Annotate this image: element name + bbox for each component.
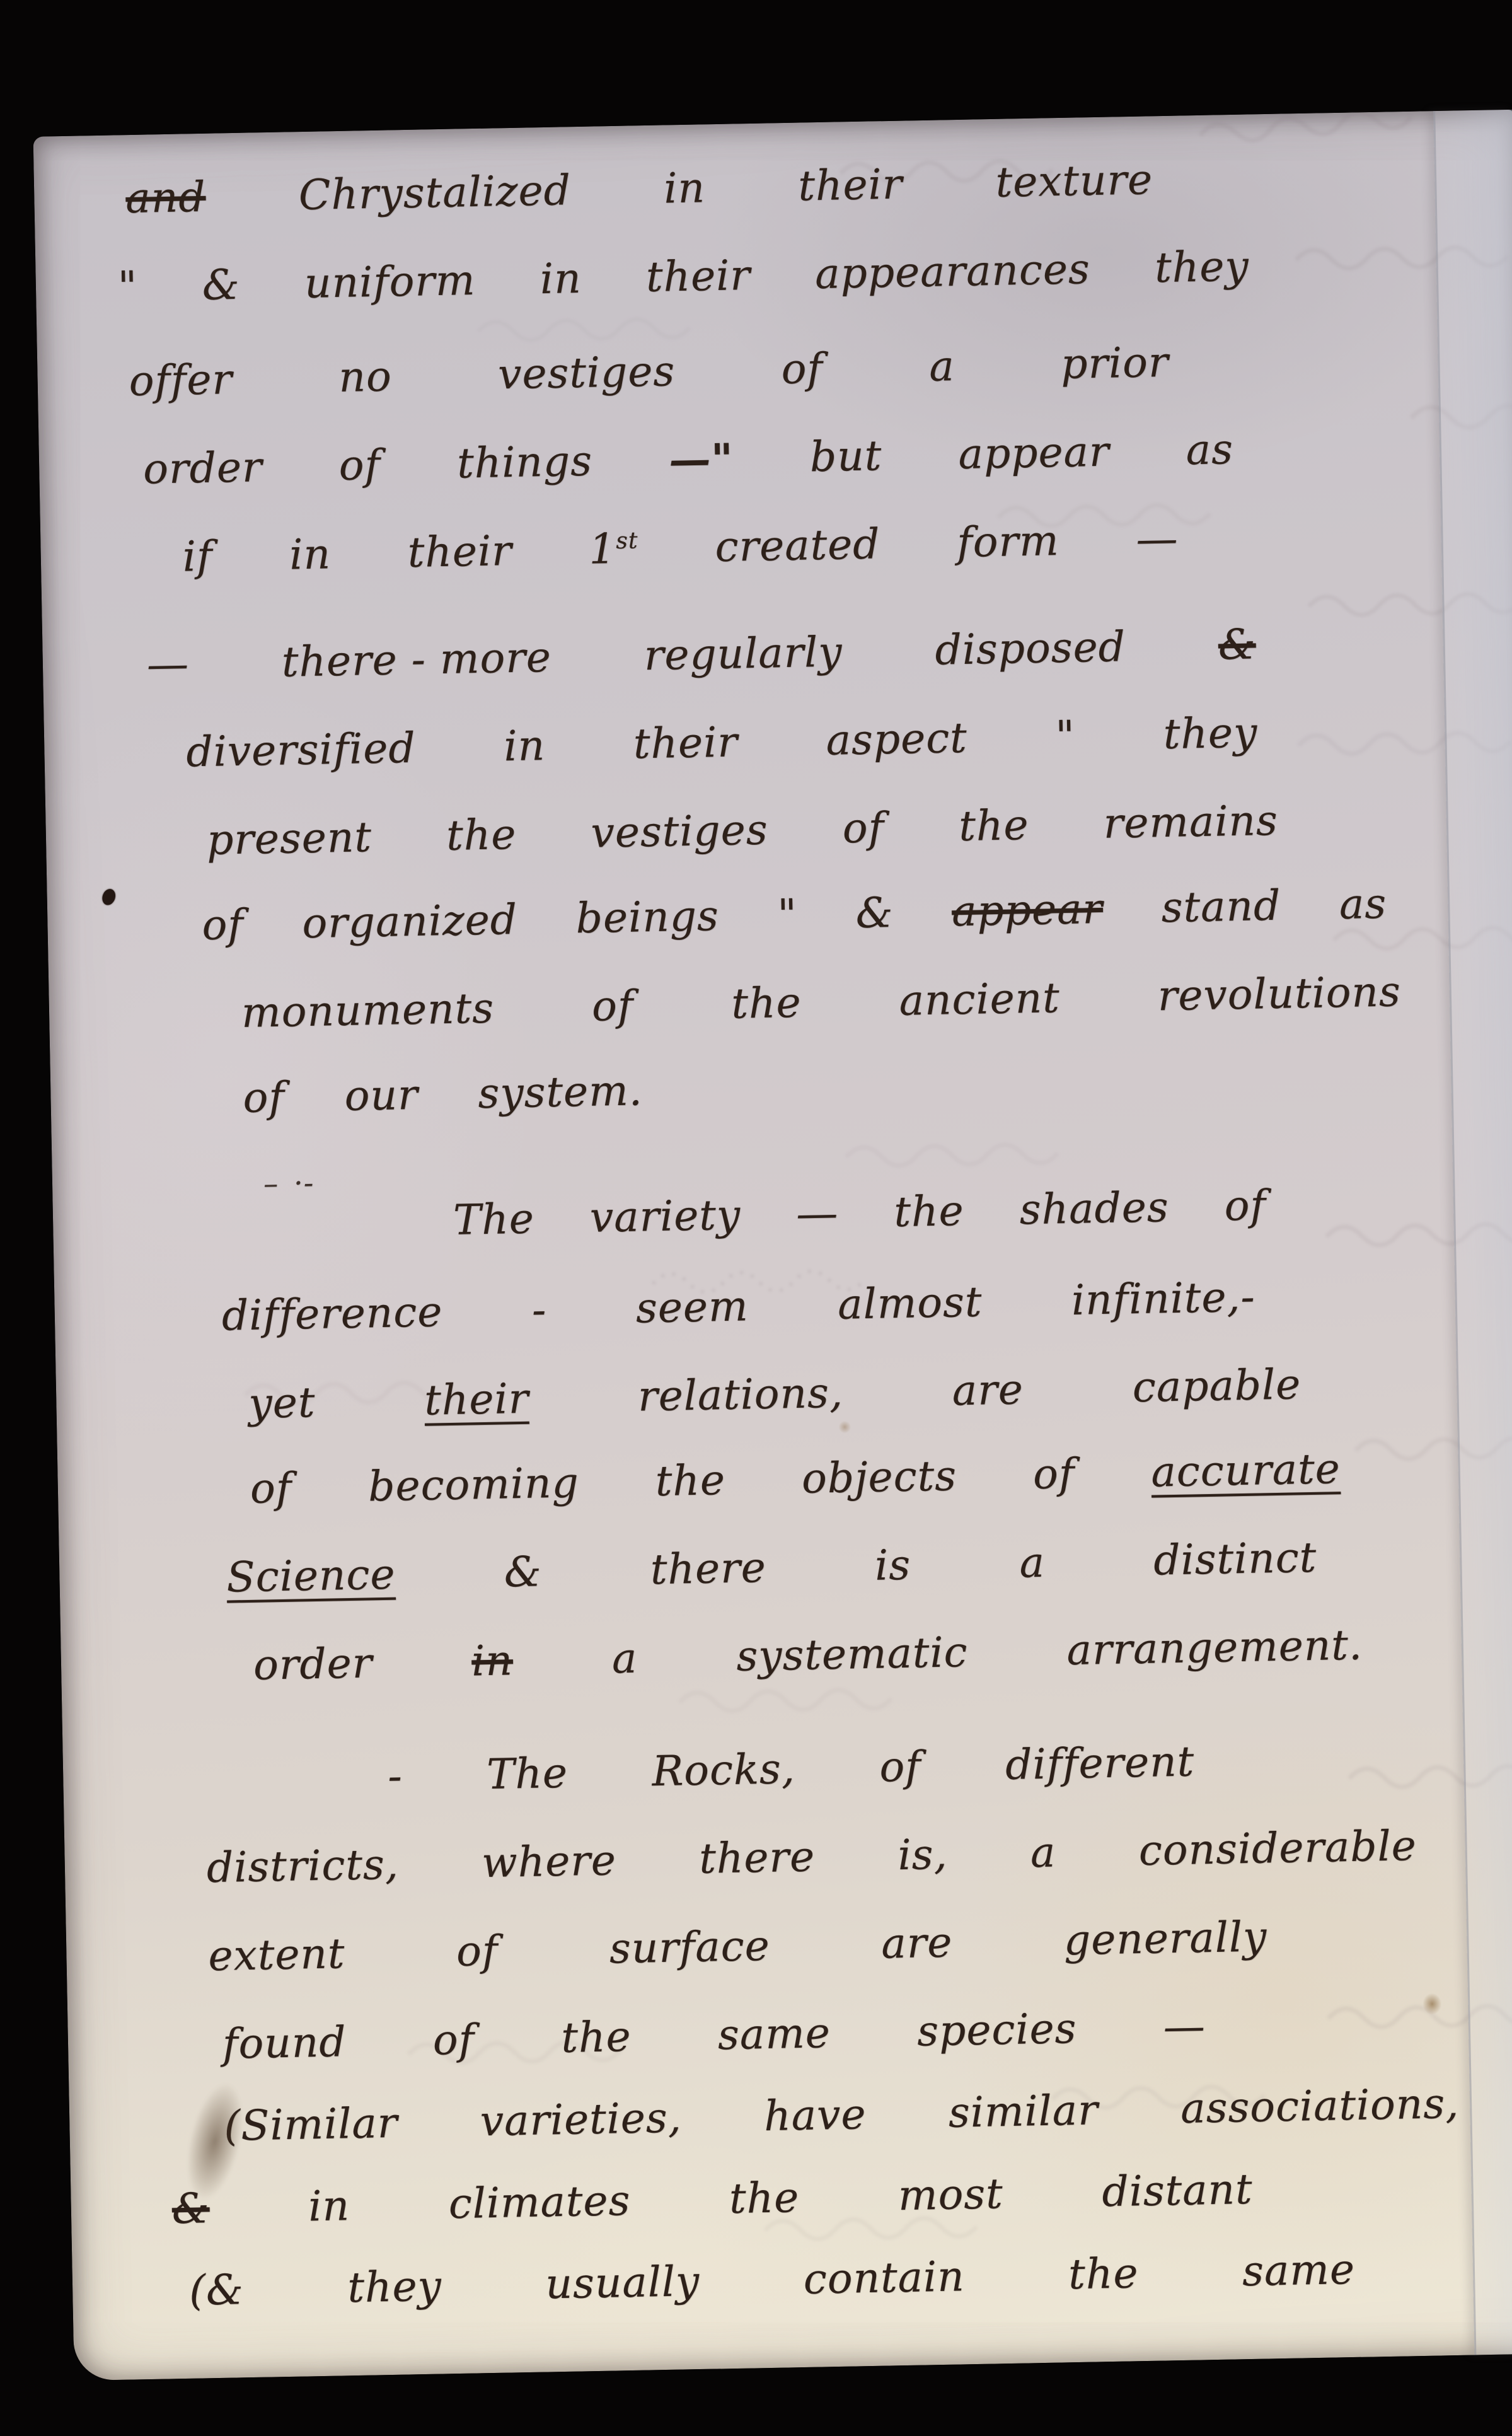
manuscript-word: of — [456, 1925, 499, 1978]
manuscript-word: form — [957, 515, 1060, 569]
manuscript-line: (&theyusuallycontainthesame — [188, 2244, 1355, 2317]
manuscript-word: accurate — [1151, 1443, 1341, 1499]
manuscript-word: different — [1005, 1736, 1195, 1792]
manuscript-word: of — [202, 899, 245, 952]
manuscript-word: —" — [669, 433, 734, 486]
manuscript-line: ifintheir1stcreatedform— — [182, 513, 1179, 583]
manuscript-line: oforganizedbeings"&appearstandas — [202, 878, 1387, 952]
manuscript-word: present — [206, 811, 372, 866]
manuscript-word: generally — [1063, 1911, 1267, 1966]
manuscript-word: a — [1030, 1827, 1056, 1879]
manuscript-word: organized — [302, 894, 518, 950]
manuscript-word: order — [253, 1637, 373, 1691]
manuscript-word: the — [729, 2172, 800, 2225]
manuscript-word: they — [1155, 241, 1250, 294]
handwritten-text-layer: andChrystalizedintheirtexture"&uniformin… — [33, 110, 1512, 2381]
manuscript-word: " — [1055, 710, 1076, 763]
manuscript-word: their — [798, 159, 903, 213]
manuscript-word: remains — [1103, 795, 1278, 850]
manuscript-word: variety — [589, 1190, 741, 1244]
manuscript-word: our — [344, 1069, 418, 1123]
manuscript-word: aspect — [826, 712, 967, 767]
manuscript-line: Thevariety—theshadesof — [453, 1180, 1266, 1246]
manuscript-word: the — [1068, 2247, 1140, 2301]
manuscript-word: The — [453, 1193, 534, 1247]
manuscript-word: systematic — [736, 1627, 969, 1683]
manuscript-word: and — [125, 171, 207, 225]
manuscript-word: where — [481, 1835, 616, 1889]
manuscript-word: are — [952, 1364, 1024, 1417]
manuscript-word: — — [146, 638, 190, 691]
manuscript-word: is — [874, 1540, 911, 1592]
manuscript-word: " — [777, 889, 798, 941]
manuscript-word: revolutions — [1157, 966, 1401, 1023]
manuscript-line: ofoursystem. — [243, 1065, 643, 1124]
manuscript-word: – — [263, 1166, 279, 1202]
manuscript-word: found — [222, 2016, 347, 2070]
manuscript-word: the — [446, 809, 517, 862]
manuscript-word: associations, — [1180, 2078, 1459, 2135]
manuscript-line: offernovestigesofaprior — [129, 337, 1169, 408]
manuscript-line: &inclimatesthemostdistant — [171, 2164, 1253, 2236]
manuscript-word: in — [504, 720, 546, 773]
manuscript-word: contain — [803, 2251, 965, 2305]
manuscript-word: diversified — [186, 722, 417, 779]
manuscript-line: (Similarvarieties,havesimilarassociation… — [224, 2078, 1460, 2152]
manuscript-line: foundofthesamespecies— — [222, 2000, 1206, 2070]
manuscript-word: Science — [226, 1549, 396, 1604]
manuscript-word: yet — [248, 1377, 316, 1430]
manuscript-word: & — [202, 259, 240, 312]
manuscript-word: seem — [635, 1280, 749, 1335]
manuscript-word: they — [1163, 707, 1258, 760]
manuscript-word: disposed — [935, 621, 1126, 676]
manuscript-word: of — [591, 980, 634, 1033]
manuscript-word: as — [1339, 878, 1387, 931]
manuscript-word: similar — [948, 2084, 1099, 2139]
manuscript-word: most — [897, 2168, 1003, 2222]
manuscript-word: the — [561, 2011, 632, 2065]
manuscript-word: (& — [188, 2264, 244, 2317]
manuscript-word: of — [1032, 1448, 1075, 1501]
manuscript-word: a — [929, 340, 955, 393]
manuscript-word: their — [633, 717, 738, 771]
manuscript-line: ofbecomingtheobjectsofaccurate — [250, 1443, 1341, 1515]
manuscript-word: of — [432, 2014, 475, 2067]
manuscript-word: appearances — [815, 243, 1091, 300]
manuscript-line: andChrystalizedintheirtexture — [125, 154, 1153, 224]
manuscript-word: distinct — [1153, 1532, 1317, 1587]
manuscript-word: stand — [1161, 880, 1281, 934]
manuscript-word: their — [424, 1373, 529, 1427]
manuscript-word: of — [879, 1741, 922, 1794]
manuscript-word: are — [881, 1917, 953, 1971]
manuscript-word: species — [916, 2003, 1077, 2058]
manuscript-line: -TheRocks,ofdifferent — [388, 1736, 1195, 1803]
manuscript-word: texture — [995, 154, 1153, 209]
manuscript-word: in — [471, 1635, 514, 1688]
manuscript-scan: { "scan": { "background_color": "#060505… — [0, 0, 1512, 2436]
manuscript-word: there — [699, 1831, 816, 1886]
manuscript-word: — — [1136, 513, 1179, 566]
manuscript-word: same — [1242, 2244, 1355, 2298]
manuscript-word: of — [842, 802, 885, 855]
manuscript-word: the — [731, 977, 802, 1031]
manuscript-word: & — [1218, 618, 1256, 671]
manuscript-word: districts, — [206, 1839, 399, 1894]
manuscript-line: Science&thereisadistinct — [226, 1532, 1317, 1604]
manuscript-word: shades — [1019, 1181, 1169, 1236]
manuscript-word: — — [796, 1188, 840, 1241]
manuscript-word: Rocks, — [652, 1743, 796, 1798]
manuscript-word: 1st — [589, 523, 639, 576]
manuscript-word: as — [1186, 424, 1234, 477]
manuscript-line: "&uniformintheirappearancesthey — [117, 241, 1249, 313]
manuscript-word: system. — [478, 1065, 643, 1120]
manuscript-line: orderofthings—"butappearas — [143, 424, 1234, 496]
manuscript-word: of — [243, 1072, 286, 1125]
manuscript-word: vestiges — [591, 804, 768, 860]
manuscript-word: capable — [1132, 1359, 1301, 1413]
manuscript-line: extentofsurfacearegenerally — [208, 1911, 1267, 1982]
manuscript-word: regularly — [643, 626, 843, 681]
manuscript-word: objects — [801, 1450, 957, 1505]
scan-background: andChrystalizedintheirtexture"&uniformin… — [0, 0, 1512, 2436]
manuscript-word: usually — [545, 2256, 700, 2311]
manuscript-word: there - more — [281, 632, 551, 688]
manuscript-word: of — [250, 1463, 292, 1516]
manuscript-word: have — [763, 2089, 867, 2142]
manuscript-word: (Similar — [224, 2097, 398, 2153]
manuscript-word: created — [715, 518, 880, 573]
manuscript-word: order — [143, 441, 263, 496]
manuscript-word: ancient — [899, 972, 1060, 1027]
manuscript-word: infinite,- — [1071, 1272, 1255, 1327]
manuscript-paper-page: andChrystalizedintheirtexture"&uniformin… — [33, 110, 1512, 2381]
manuscript-word: in — [540, 253, 582, 306]
manuscript-word: The — [487, 1748, 568, 1801]
manuscript-word: of — [781, 343, 824, 396]
manuscript-word: in — [289, 528, 332, 581]
manuscript-word: their — [645, 250, 751, 304]
manuscript-word: a — [611, 1633, 638, 1685]
manuscript-word: of — [1224, 1180, 1267, 1232]
manuscript-word: & — [504, 1546, 542, 1599]
manuscript-word: the — [655, 1454, 726, 1508]
manuscript-word: almost — [837, 1277, 983, 1331]
manuscript-word: prior — [1060, 337, 1169, 391]
manuscript-line: districts,wherethereis,aconsiderable — [206, 1820, 1417, 1894]
manuscript-line: orderinasystematicarrangement. — [253, 1620, 1363, 1692]
manuscript-word: uniform — [304, 255, 476, 310]
manuscript-line: presentthevestigesoftheremains — [206, 795, 1278, 867]
manuscript-word: same — [717, 2007, 831, 2062]
manuscript-word: a — [1019, 1537, 1046, 1589]
manuscript-word: arrangement. — [1066, 1620, 1363, 1677]
manuscript-word: & — [855, 887, 894, 940]
manuscript-word: surface — [609, 1920, 770, 1975]
manuscript-word: — — [1163, 2000, 1206, 2053]
manuscript-word: monuments — [241, 983, 494, 1040]
manuscript-line: difference-seemalmostinfinite,- — [221, 1272, 1255, 1343]
manuscript-word: the — [959, 799, 1030, 853]
manuscript-word: in — [664, 162, 706, 215]
manuscript-word: difference — [221, 1286, 443, 1342]
manuscript-word: varieties, — [480, 2092, 682, 2148]
manuscript-word: " — [117, 261, 138, 313]
manuscript-word: becoming — [368, 1457, 580, 1513]
manuscript-word: the — [894, 1185, 965, 1239]
manuscript-word: in — [308, 2180, 350, 2233]
manuscript-word: vestiges — [497, 345, 675, 401]
manuscript-word: beings — [575, 890, 720, 945]
manuscript-word: there — [650, 1542, 766, 1596]
manuscript-word: no — [338, 351, 393, 403]
manuscript-word: if — [182, 531, 213, 583]
manuscript-word: of — [338, 439, 381, 492]
manuscript-line: monumentsoftheancientrevolutions — [241, 966, 1401, 1039]
manuscript-word: but — [809, 430, 882, 484]
manuscript-word: relations, — [637, 1367, 843, 1423]
manuscript-word: appear — [958, 426, 1110, 481]
manuscript-word: Chrystalized — [298, 165, 571, 221]
manuscript-word: offer — [129, 354, 233, 407]
manuscript-word: - — [531, 1284, 547, 1337]
manuscript-word: things — [456, 436, 592, 490]
manuscript-word: ·- — [294, 1166, 315, 1201]
manuscript-word: considerable — [1138, 1820, 1417, 1877]
manuscript-word: extent — [208, 1928, 345, 1982]
manuscript-line: yettheirrelations,arecapable — [248, 1359, 1301, 1430]
manuscript-word: their — [407, 525, 512, 579]
manuscript-word: climates — [448, 2175, 631, 2230]
manuscript-word: - — [388, 1751, 403, 1803]
manuscript-line: —there - moreregularlydisposed& — [146, 618, 1256, 691]
manuscript-word: appear — [951, 883, 1103, 938]
manuscript-word: is, — [897, 1829, 948, 1882]
manuscript-line: –·- — [263, 1166, 315, 1202]
manuscript-word: they — [347, 2261, 442, 2314]
manuscript-word: distant — [1102, 2164, 1254, 2218]
manuscript-line: diversifiedintheiraspect"they — [186, 707, 1258, 779]
